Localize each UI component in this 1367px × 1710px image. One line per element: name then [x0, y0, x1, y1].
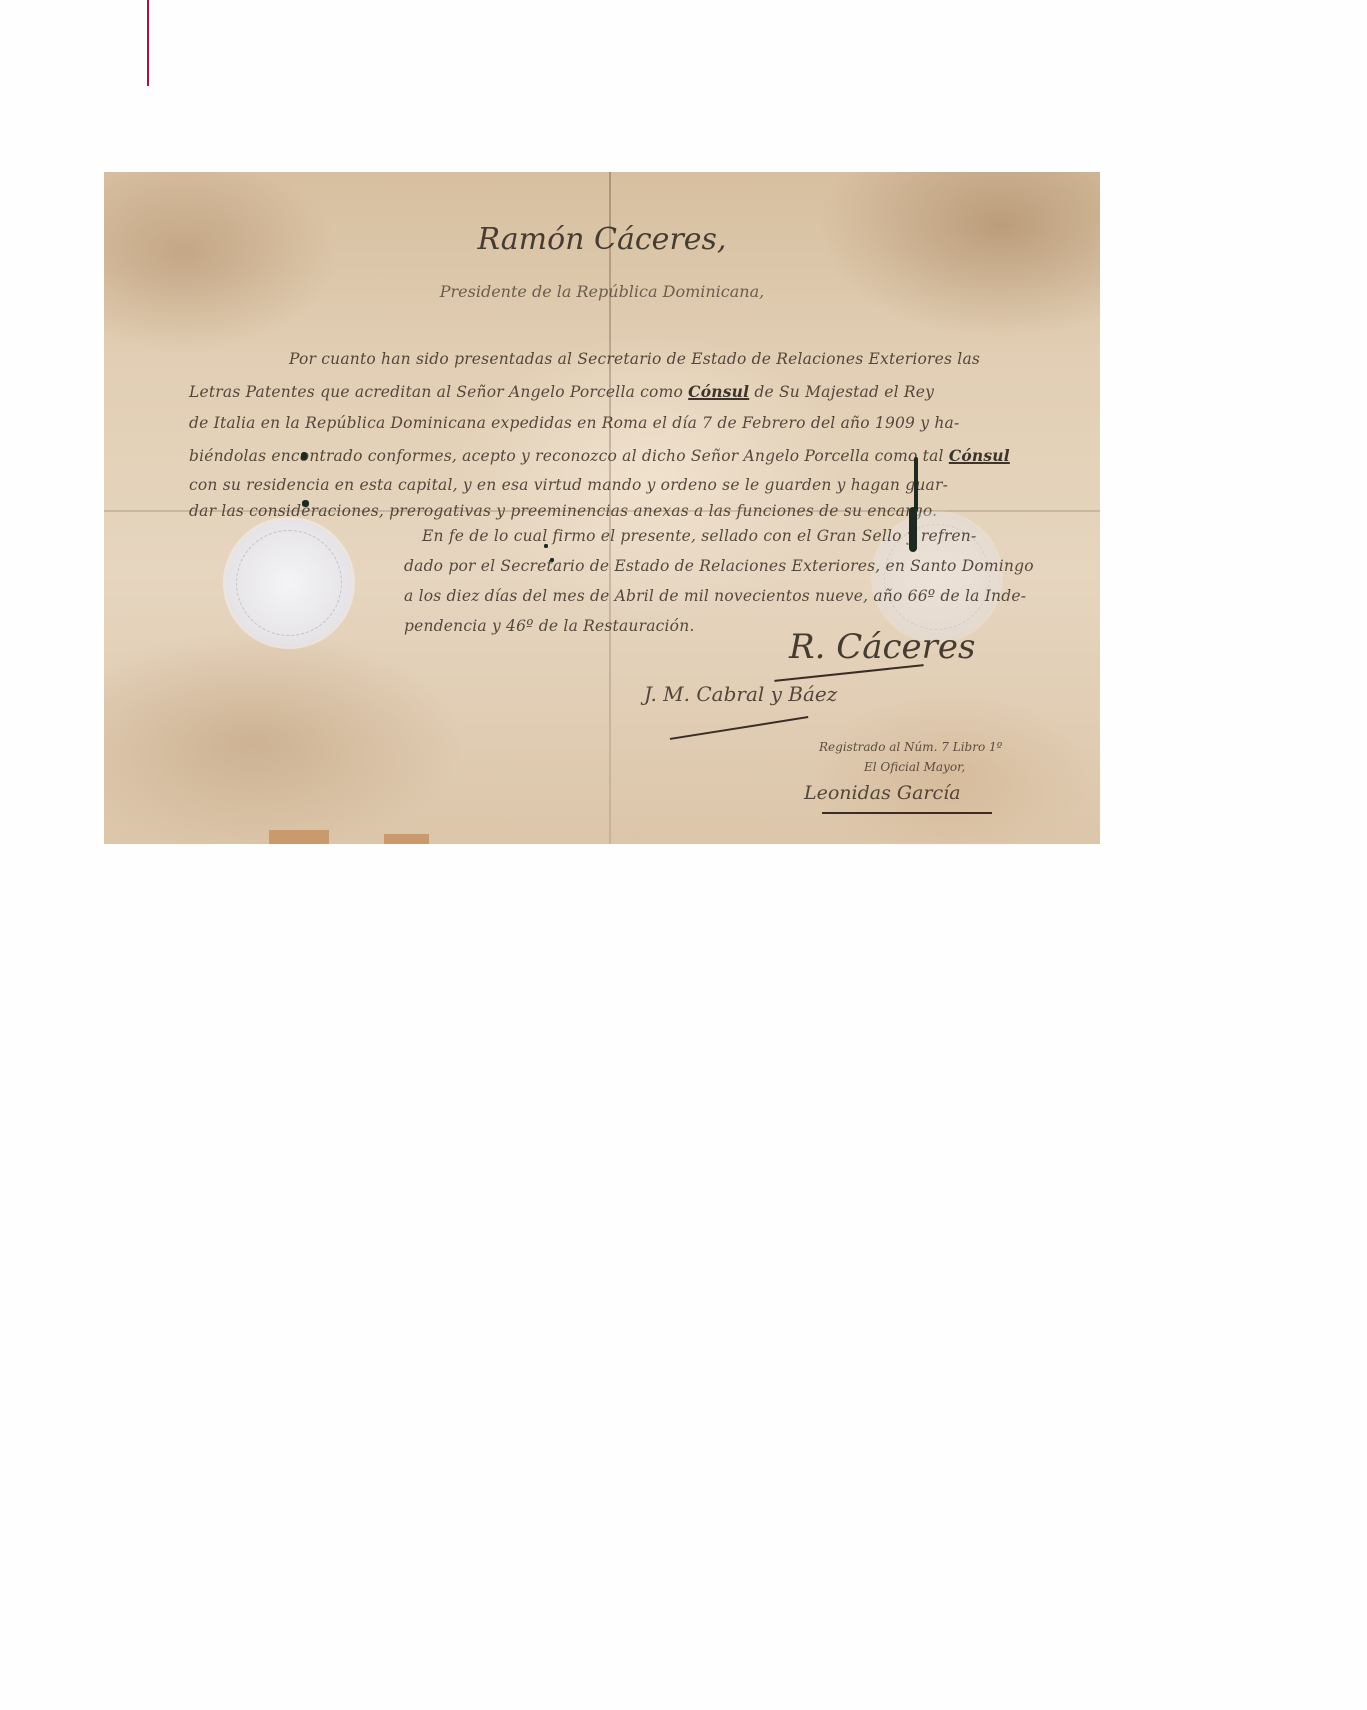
ink-spot — [544, 544, 548, 548]
body-line-3: de Italia en la República Dominicana exp… — [189, 414, 959, 432]
paper-tear — [384, 834, 429, 844]
ink-spot — [302, 500, 309, 507]
body-line-2: Letras Patentes que acreditan al Señor A… — [189, 382, 934, 401]
ink-stroke — [909, 507, 917, 552]
registrar-signature: Leonidas García — [804, 782, 961, 804]
closing-line-1: En fe de lo cual firmo el presente, sell… — [422, 527, 976, 545]
president-signature: R. Cáceres — [789, 627, 976, 667]
registry-line: Registrado al Núm. 7 Libro 1º — [819, 740, 1002, 754]
paper-tear — [269, 830, 329, 844]
secretary-signature: J. M. Cabral y Báez — [644, 682, 837, 706]
document-heading: Ramón Cáceres, — [104, 222, 1100, 257]
closing-line-3: a los diez días del mes de Abril de mil … — [404, 587, 1026, 605]
signature-underline — [822, 812, 992, 814]
body-line-5: con su residencia en esta capital, y en … — [189, 476, 948, 494]
signature-underline — [670, 716, 809, 739]
historic-document-photo: Ramón Cáceres, Presidente de la Repúblic… — [104, 172, 1100, 844]
body-line-4: biéndolas encontrado conformes, acepto y… — [189, 446, 1010, 465]
embossed-seal-left — [226, 520, 352, 646]
closing-line-4: pendencia y 46º de la Restauración. — [404, 617, 695, 635]
body-line-1: Por cuanto han sido presentadas al Secre… — [289, 350, 980, 368]
ink-spot — [301, 452, 307, 460]
consul-word: Cónsul — [949, 446, 1010, 465]
ink-spot — [550, 558, 554, 562]
ink-stroke — [914, 457, 918, 512]
consul-word: Cónsul — [688, 382, 749, 401]
closing-line-2: dado por el Secretario de Estado de Rela… — [404, 557, 1034, 575]
registry-title: El Oficial Mayor, — [864, 760, 965, 774]
document-subheading: Presidente de la República Dominicana, — [104, 282, 1100, 301]
accent-rule — [147, 0, 149, 86]
